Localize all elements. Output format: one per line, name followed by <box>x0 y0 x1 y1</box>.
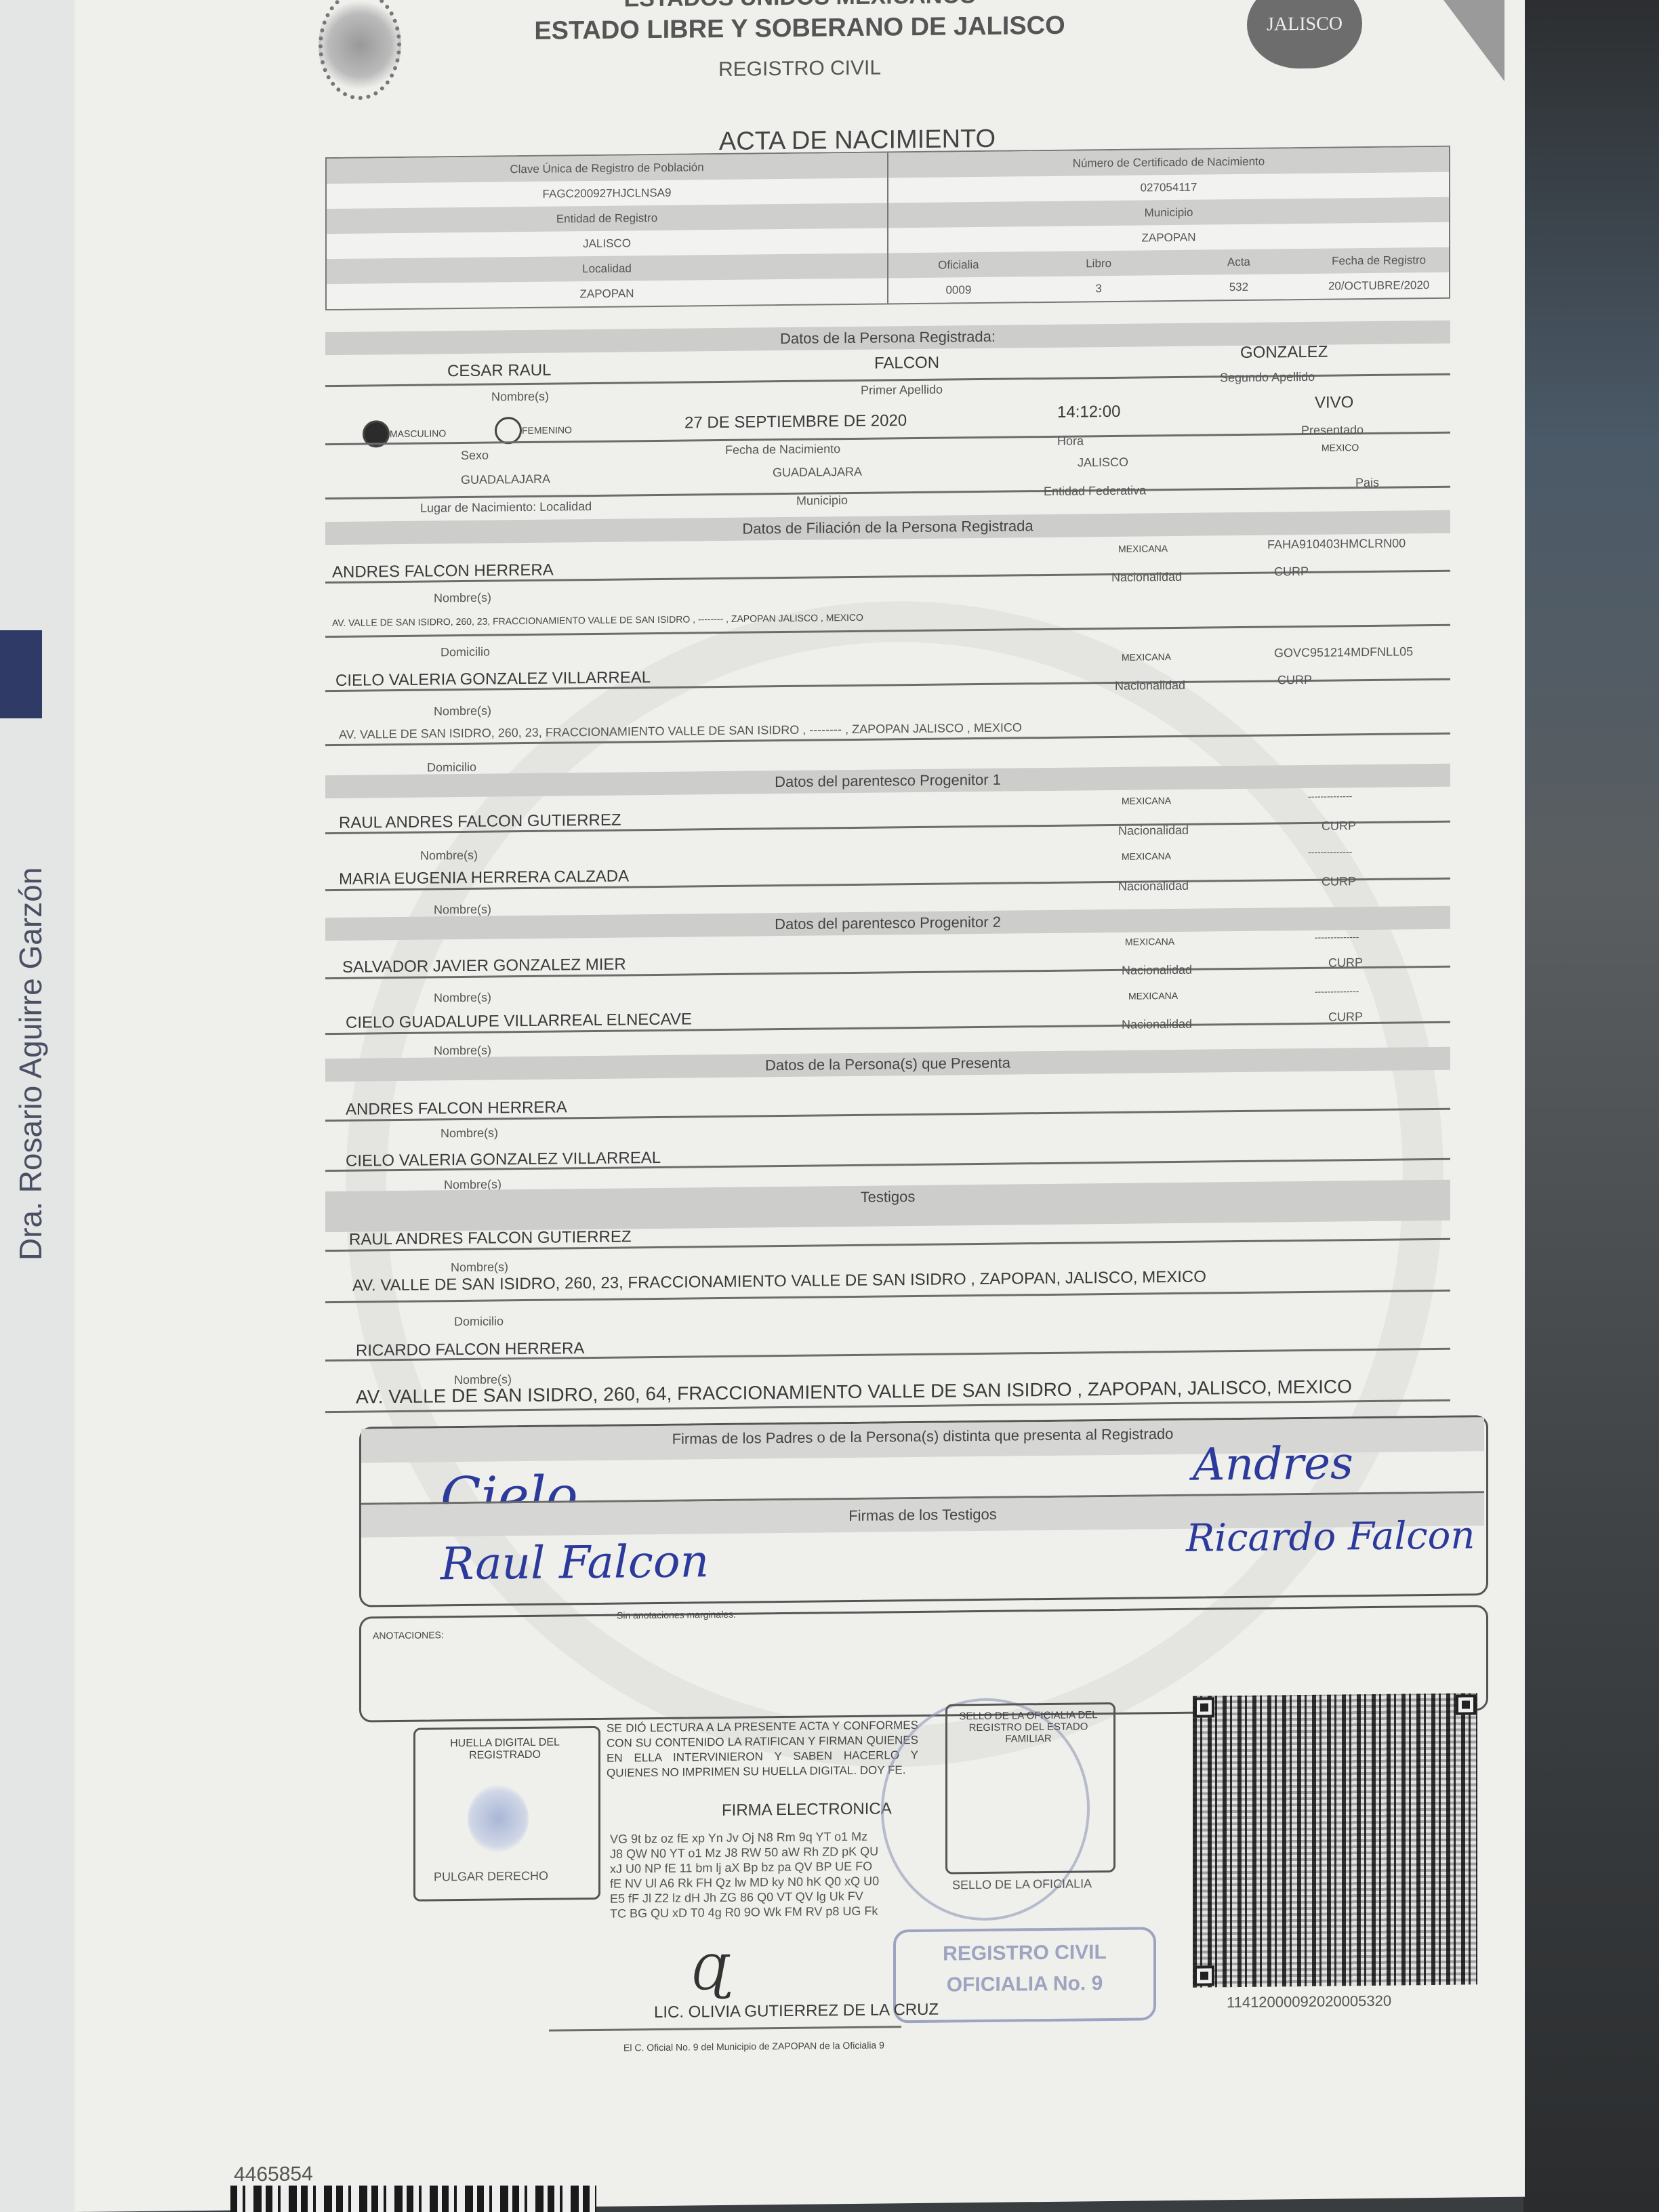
nombre-label-4: Nombre(s) <box>434 903 491 918</box>
card-name-text: Dra. Rosario Aguirre Garzón <box>12 867 49 1261</box>
hora-label: Hora <box>1057 434 1084 448</box>
fecha-nacimiento-value: 27 DE SEPTIEMBRE DE 2020 <box>684 411 907 432</box>
curp-label-5: CURP <box>1328 956 1363 970</box>
domicilio-label: Domicilio <box>441 645 490 660</box>
stamp-line-1: REGISTRO CIVIL <box>896 1936 1153 1970</box>
p2-grandparent1-curp: -------------- <box>1315 931 1359 943</box>
p1-grandparent2-name: MARIA EUGENIA HERRERA CALZADA <box>339 867 629 888</box>
nacionalidad-label-6: Nacionalidad <box>1122 1017 1192 1032</box>
p1-grandparent1-curp: -------------- <box>1308 790 1352 802</box>
nacionalidad-label-2: Nacionalidad <box>1115 678 1185 693</box>
registered-second-surname: GONZALEZ <box>1240 343 1328 363</box>
parent-signature-right: Andres <box>1193 1437 1353 1490</box>
nombre-label-9: Nombre(s) <box>451 1260 508 1275</box>
sexo-femenino-radio[interactable] <box>495 417 522 444</box>
parent1-nationality: MEXICANA <box>1118 543 1168 554</box>
e-signature-line-3: xJ U0 NP fE 11 bm lj aX Bp bz pa QV BP U… <box>610 1860 872 1877</box>
stamp-line-2: OFICIALIA No. 9 <box>896 1967 1153 2001</box>
header-registry: REGISTRO CIVIL <box>325 52 1274 85</box>
municipio-label: Municipio <box>796 493 848 508</box>
paper-corner-fold <box>1443 0 1504 81</box>
fingerprint-title: HUELLA DIGITAL DEL REGISTRADO <box>427 1736 583 1762</box>
seal-caption: SELLO DE LA OFICIALIA <box>952 1877 1092 1892</box>
e-signature-line-5: E5 fF Jl Z2 lz dH Jh ZG 86 Q0 VT QV lg U… <box>610 1889 863 1906</box>
header-state: ESTADO LIBRE Y SOBERANO DE JALISCO <box>325 9 1274 48</box>
nombre-label-7: Nombre(s) <box>441 1126 498 1141</box>
nombre-label-2: Nombre(s) <box>434 704 491 719</box>
parent2-nationality: MEXICANA <box>1122 651 1171 663</box>
p2-grandparent1-name: SALVADOR JAVIER GONZALEZ MIER <box>342 955 626 977</box>
witness-signature-left: Raul Falcon <box>441 1535 709 1590</box>
e-signature-line-1: VG 9t bz oz fE xp Yn Jv Oj N8 Rm 9q YT o… <box>610 1830 867 1847</box>
qr-finder-icon <box>1194 1965 1214 1986</box>
registry-details-values: 0009 3 532 20/OCTUBRE/2020 <box>888 272 1449 304</box>
nacionalidad-label: Nacionalidad <box>1111 570 1182 585</box>
presenter-1-name: ANDRES FALCON HERRERA <box>346 1098 567 1119</box>
qr-finder-icon <box>1456 1694 1476 1715</box>
qr-code <box>1193 1693 1477 1987</box>
e-signature-line-2: J8 QW N0 YT o1 Mz J8 RW 50 aW Rh ZD pK Q… <box>610 1845 878 1862</box>
jalisco-logo-text: JALISCO <box>1267 13 1343 35</box>
libro-value: 3 <box>1029 275 1169 302</box>
fingerprint-caption: PULGAR DERECHO <box>434 1869 548 1885</box>
presentado-label: Presentado <box>1301 423 1364 438</box>
oficialia-label: Oficialia <box>888 251 1029 278</box>
presentado-value: VIVO <box>1315 393 1353 413</box>
registered-first-surname: FALCON <box>874 354 939 373</box>
p1-grandparent2-nationality: MEXICANA <box>1122 851 1171 862</box>
p1-grandparent1-nationality: MEXICANA <box>1122 795 1171 806</box>
oficialia-value: 0009 <box>888 276 1029 303</box>
p1-grandparent2-curp: -------------- <box>1308 846 1352 857</box>
localidad-value: ZAPOPAN <box>327 278 888 309</box>
nombre-label-3: Nombre(s) <box>420 848 478 863</box>
fingerprint-icon <box>468 1784 529 1853</box>
hora-value: 14:12:00 <box>1057 403 1120 422</box>
nombres-label: Nombre(s) <box>491 390 549 405</box>
barcode-number: 4465854 <box>234 2163 313 2186</box>
official-signature: Ɋ <box>691 1945 729 2001</box>
entidad-label: Entidad Federativa <box>1044 483 1146 499</box>
acta-label: Acta <box>1169 249 1309 275</box>
entidad-value: JALISCO <box>1078 455 1128 470</box>
witness-1-name: RAUL ANDRES FALCON GUTIERREZ <box>349 1227 632 1249</box>
curp-label-4: CURP <box>1322 874 1356 889</box>
fecha-nacimiento-label: Fecha de Nacimiento <box>725 442 840 457</box>
pais-label: Pais <box>1355 476 1379 490</box>
nombre-label: Nombre(s) <box>434 591 491 606</box>
nacionalidad-label-5: Nacionalidad <box>1122 963 1192 978</box>
business-card: Dra. Rosario Aguirre Garzón <box>0 0 75 2212</box>
curp-label-2: CURP <box>1277 673 1312 688</box>
nacionalidad-label-4: Nacionalidad <box>1118 879 1189 894</box>
curp-label-3: CURP <box>1322 819 1356 834</box>
primer-apellido-label: Primer Apellido <box>861 383 943 398</box>
nacionalidad-label-3: Nacionalidad <box>1118 823 1189 838</box>
fecha-registro-label: Fecha de Registro <box>1309 247 1449 274</box>
legal-text: SE DIÓ LECTURA A LA PRESENTE ACTA Y CONF… <box>607 1718 918 1781</box>
official-caption: El C. Oficial No. 9 del Municipio de ZAP… <box>623 2039 884 2053</box>
card-color-band <box>0 630 42 718</box>
libro-label: Libro <box>1029 250 1169 276</box>
annotations-label: ANOTACIONES: <box>373 1629 444 1641</box>
sexo-femenino-label: FEMENINO <box>522 424 572 436</box>
registered-first-names: CESAR RAUL <box>447 361 551 382</box>
pais-value: MEXICO <box>1322 442 1359 453</box>
parent1-curp: FAHA910403HMCLRN00 <box>1267 536 1406 552</box>
sexo-label: Sexo <box>461 449 489 463</box>
e-signature-title: FIRMA ELECTRONICA <box>722 1799 892 1820</box>
localidad-value: GUADALAJARA <box>461 472 550 487</box>
p2-grandparent2-nationality: MEXICANA <box>1128 990 1178 1002</box>
domicilio-label-2: Domicilio <box>427 760 476 775</box>
seal-box-title: SELLO DE LA OFICIALIA DEL REGISTRO DEL E… <box>952 1709 1105 1745</box>
qr-finder-icon <box>1194 1697 1214 1717</box>
registry-table: Clave Única de Registro de Población Núm… <box>325 146 1450 310</box>
curp-label: CURP <box>1274 565 1309 579</box>
parent2-curp: GOVC951214MDFNLL05 <box>1274 644 1413 660</box>
localidad-label: Lugar de Nacimiento: Localidad <box>420 499 592 516</box>
e-signature-line-4: fE NV Ul A6 Rk FH Qz lw MD ky N0 hK Q0 x… <box>610 1875 879 1891</box>
e-signature-line-6: TC BG QU xD T0 4g R0 9O Wk FM RV p8 UG F… <box>610 1904 878 1921</box>
qr-number: 11412000092020005320 <box>1227 1992 1391 2012</box>
nombre-label-6: Nombre(s) <box>434 1044 491 1059</box>
fecha-registro-value: 20/OCTUBRE/2020 <box>1309 272 1449 299</box>
background-table <box>1523 0 1659 2212</box>
municipio-value: GUADALAJARA <box>773 465 862 480</box>
annotations-value: Sin anotaciones marginales. <box>617 1609 736 1621</box>
domicilio-label-3: Domicilio <box>454 1314 504 1329</box>
official-name: LIC. OLIVIA GUTIERREZ DE LA CRUZ <box>654 2001 939 2022</box>
barcode <box>230 2186 596 2212</box>
acta-value: 532 <box>1169 274 1309 300</box>
nombre-label-5: Nombre(s) <box>434 991 491 1006</box>
witness-signature-right: Ricardo Falcon <box>1186 1513 1475 1560</box>
p2-grandparent1-nationality: MEXICANA <box>1125 936 1174 947</box>
segundo-apellido-label: Segundo Apellido <box>1220 370 1315 385</box>
curp-label-6: CURP <box>1328 1010 1363 1025</box>
birth-certificate-paper: ESTADOS UNIDOS MEXICANOS ESTADO LIBRE Y … <box>75 0 1525 2212</box>
p2-grandparent2-curp: -------------- <box>1315 985 1359 997</box>
sexo-masculino-label: MASCULINO <box>390 428 446 439</box>
